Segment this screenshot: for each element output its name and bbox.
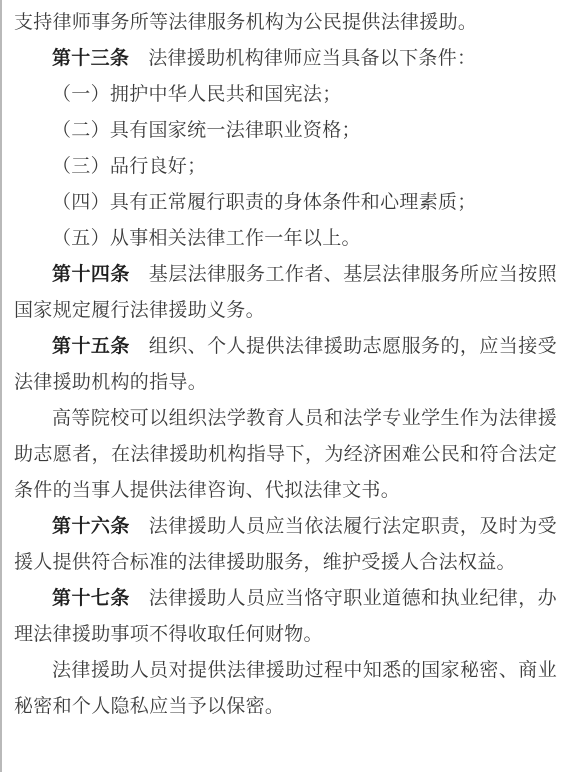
paragraph-text: 支持律师事务所等法律服务机构为公民提供法律援助。	[14, 12, 477, 33]
law-paragraph-article-13: 第十三条法律援助机构律师应当具备以下条件：	[14, 41, 557, 77]
law-paragraph-article-16: 第十六条法律援助人员应当依法履行法定职责，及时为受援人提供符合标准的法律援助服务…	[14, 509, 557, 581]
law-paragraph-item-2: （二）具有国家统一法律职业资格；	[14, 113, 557, 149]
paragraph-text: （三）品行良好；	[52, 156, 206, 177]
paragraph-text: 法律援助机构律师应当具备以下条件：	[148, 48, 476, 69]
paragraph-text: 法律援助人员对提供法律援助过程中知悉的国家秘密、商业秘密和个人隐私应当予以保密。	[14, 660, 557, 717]
paragraph-text: （四）具有正常履行职责的身体条件和心理素质；	[52, 192, 477, 213]
law-paragraph-item-5: （五）从事相关法律工作一年以上。	[14, 221, 557, 257]
paragraph-text: （五）从事相关法律工作一年以上。	[52, 228, 361, 249]
paragraph-text: （一）拥护中华人民共和国宪法；	[52, 84, 342, 105]
paragraph-text: 高等院校可以组织法学教育人员和法学专业学生作为法律援助志愿者，在法律援助机构指导…	[14, 408, 557, 501]
law-paragraph-item-1: （一）拥护中华人民共和国宪法；	[14, 77, 557, 113]
paragraph-text: （二）具有国家统一法律职业资格；	[52, 120, 361, 141]
law-paragraph-item-3: （三）品行良好；	[14, 149, 557, 185]
article-number: 第十三条	[52, 48, 129, 69]
article-number: 第十七条	[52, 588, 130, 609]
article-number: 第十六条	[52, 516, 130, 537]
law-paragraph-article-14: 第十四条基层法律服务工作者、基层法律服务所应当按照国家规定履行法律援助义务。	[14, 257, 557, 329]
law-paragraph-item-4: （四）具有正常履行职责的身体条件和心理素质；	[14, 185, 557, 221]
law-paragraph-article-15: 第十五条组织、个人提供法律援助志愿服务的，应当接受法律援助机构的指导。	[14, 329, 557, 401]
article-number: 第十五条	[52, 336, 130, 357]
document-page: 支持律师事务所等法律服务机构为公民提供法律援助。 第十三条法律援助机构律师应当具…	[0, 0, 563, 772]
article-number: 第十四条	[52, 264, 130, 285]
law-paragraph-article-17-2: 法律援助人员对提供法律援助过程中知悉的国家秘密、商业秘密和个人隐私应当予以保密。	[14, 653, 557, 725]
law-paragraph-article-15-2: 高等院校可以组织法学教育人员和法学专业学生作为法律援助志愿者，在法律援助机构指导…	[14, 401, 557, 509]
law-paragraph-continuation: 支持律师事务所等法律服务机构为公民提供法律援助。	[14, 5, 557, 41]
law-paragraph-article-17: 第十七条法律援助人员应当恪守职业道德和执业纪律，办理法律援助事项不得收取任何财物…	[14, 581, 557, 653]
